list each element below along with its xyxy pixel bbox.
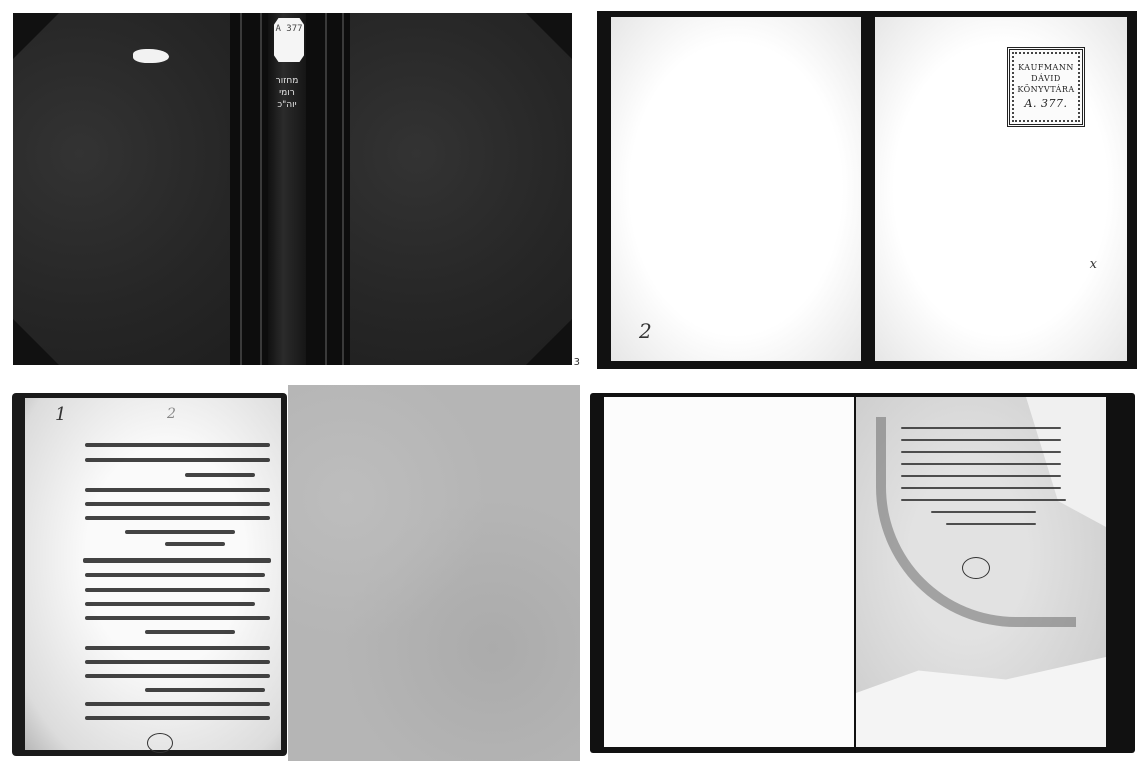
text-line [85,573,265,577]
text-line [901,499,1066,501]
text-line [85,516,270,520]
damaged-folio: 178 [856,397,1106,747]
back-cover [350,13,572,365]
text-line [85,716,270,720]
text-line [901,463,1061,465]
front-cover [13,13,235,365]
binding-photo: A 377 מחזור רומי יוה"כ 3 [5,5,580,370]
text-line [85,674,270,678]
text-line [145,688,265,692]
edge-number: 3 [574,357,580,368]
text-line [85,616,270,620]
spine-shelfmark-label: A 377 [274,18,304,62]
bookplate-line: KÖNYVTÁRA [1010,84,1082,95]
torn-bottom [856,657,1106,747]
last-folio-photo: 178 [588,385,1143,761]
text-line [901,487,1061,489]
first-folio-photo: 1 2 [5,385,580,761]
spine-band [240,13,242,365]
spine-band [342,13,344,365]
bookplate-line: KAUFMANN [1010,62,1082,73]
text-line [83,558,271,563]
text-line [85,488,270,492]
spine-title-line: מחזור [268,75,306,87]
folio-number: 1 [55,404,66,425]
text-line [901,451,1061,453]
text-line [85,443,270,447]
library-bookplate: KAUFMANN DÁVID KÖNYVTÁRA A. 377. [1007,47,1085,127]
book-spine: A 377 מחזור רומי יוה"כ [230,13,355,365]
text-line [901,427,1061,429]
text-line [901,439,1061,441]
text-line [85,502,270,506]
spine-title-line: יוה"כ [268,99,306,111]
leather-corner [13,13,59,59]
spine-leather [268,13,306,365]
folio-page: 1 2 [25,398,281,750]
text-line [145,630,235,634]
text-line [931,511,1036,513]
leather-corner [526,13,572,59]
right-flyleaf: KAUFMANN DÁVID KÖNYVTÁRA A. 377. x [875,17,1127,361]
spine-band [260,13,262,365]
cover-label-remnant [133,49,169,63]
spine-title-line: רומי [268,87,306,99]
text-line [85,660,270,664]
text-line [165,542,225,546]
text-line [901,475,1061,477]
bookplate-shelfmark: A. 377. [1010,98,1082,109]
text-line [185,473,255,477]
leather-corner [526,319,572,365]
blank-leaf [604,397,854,747]
pastedown-board [288,385,580,761]
spine-title: מחזור רומי יוה"כ [268,75,306,111]
text-line [946,523,1036,525]
text-line [85,646,270,650]
text-line [85,602,255,606]
upper-mark: 2 [167,406,176,422]
text-line [85,588,270,592]
library-stamp [147,733,173,753]
text-line [85,702,270,706]
left-flyleaf: 2 [611,17,861,361]
spine-band [325,13,327,365]
leather-corner [13,319,59,365]
text-line [85,458,270,462]
leaf-mark: x [1090,257,1097,272]
text-line [125,530,235,534]
water-stain [876,417,1076,627]
bookplate-line: DÁVID [1010,73,1082,84]
flyleaves-photo: 2 KAUFMANN DÁVID KÖNYVTÁRA A. 377. x [597,5,1143,370]
leaf-mark: 2 [639,319,652,343]
library-stamp [962,557,990,579]
